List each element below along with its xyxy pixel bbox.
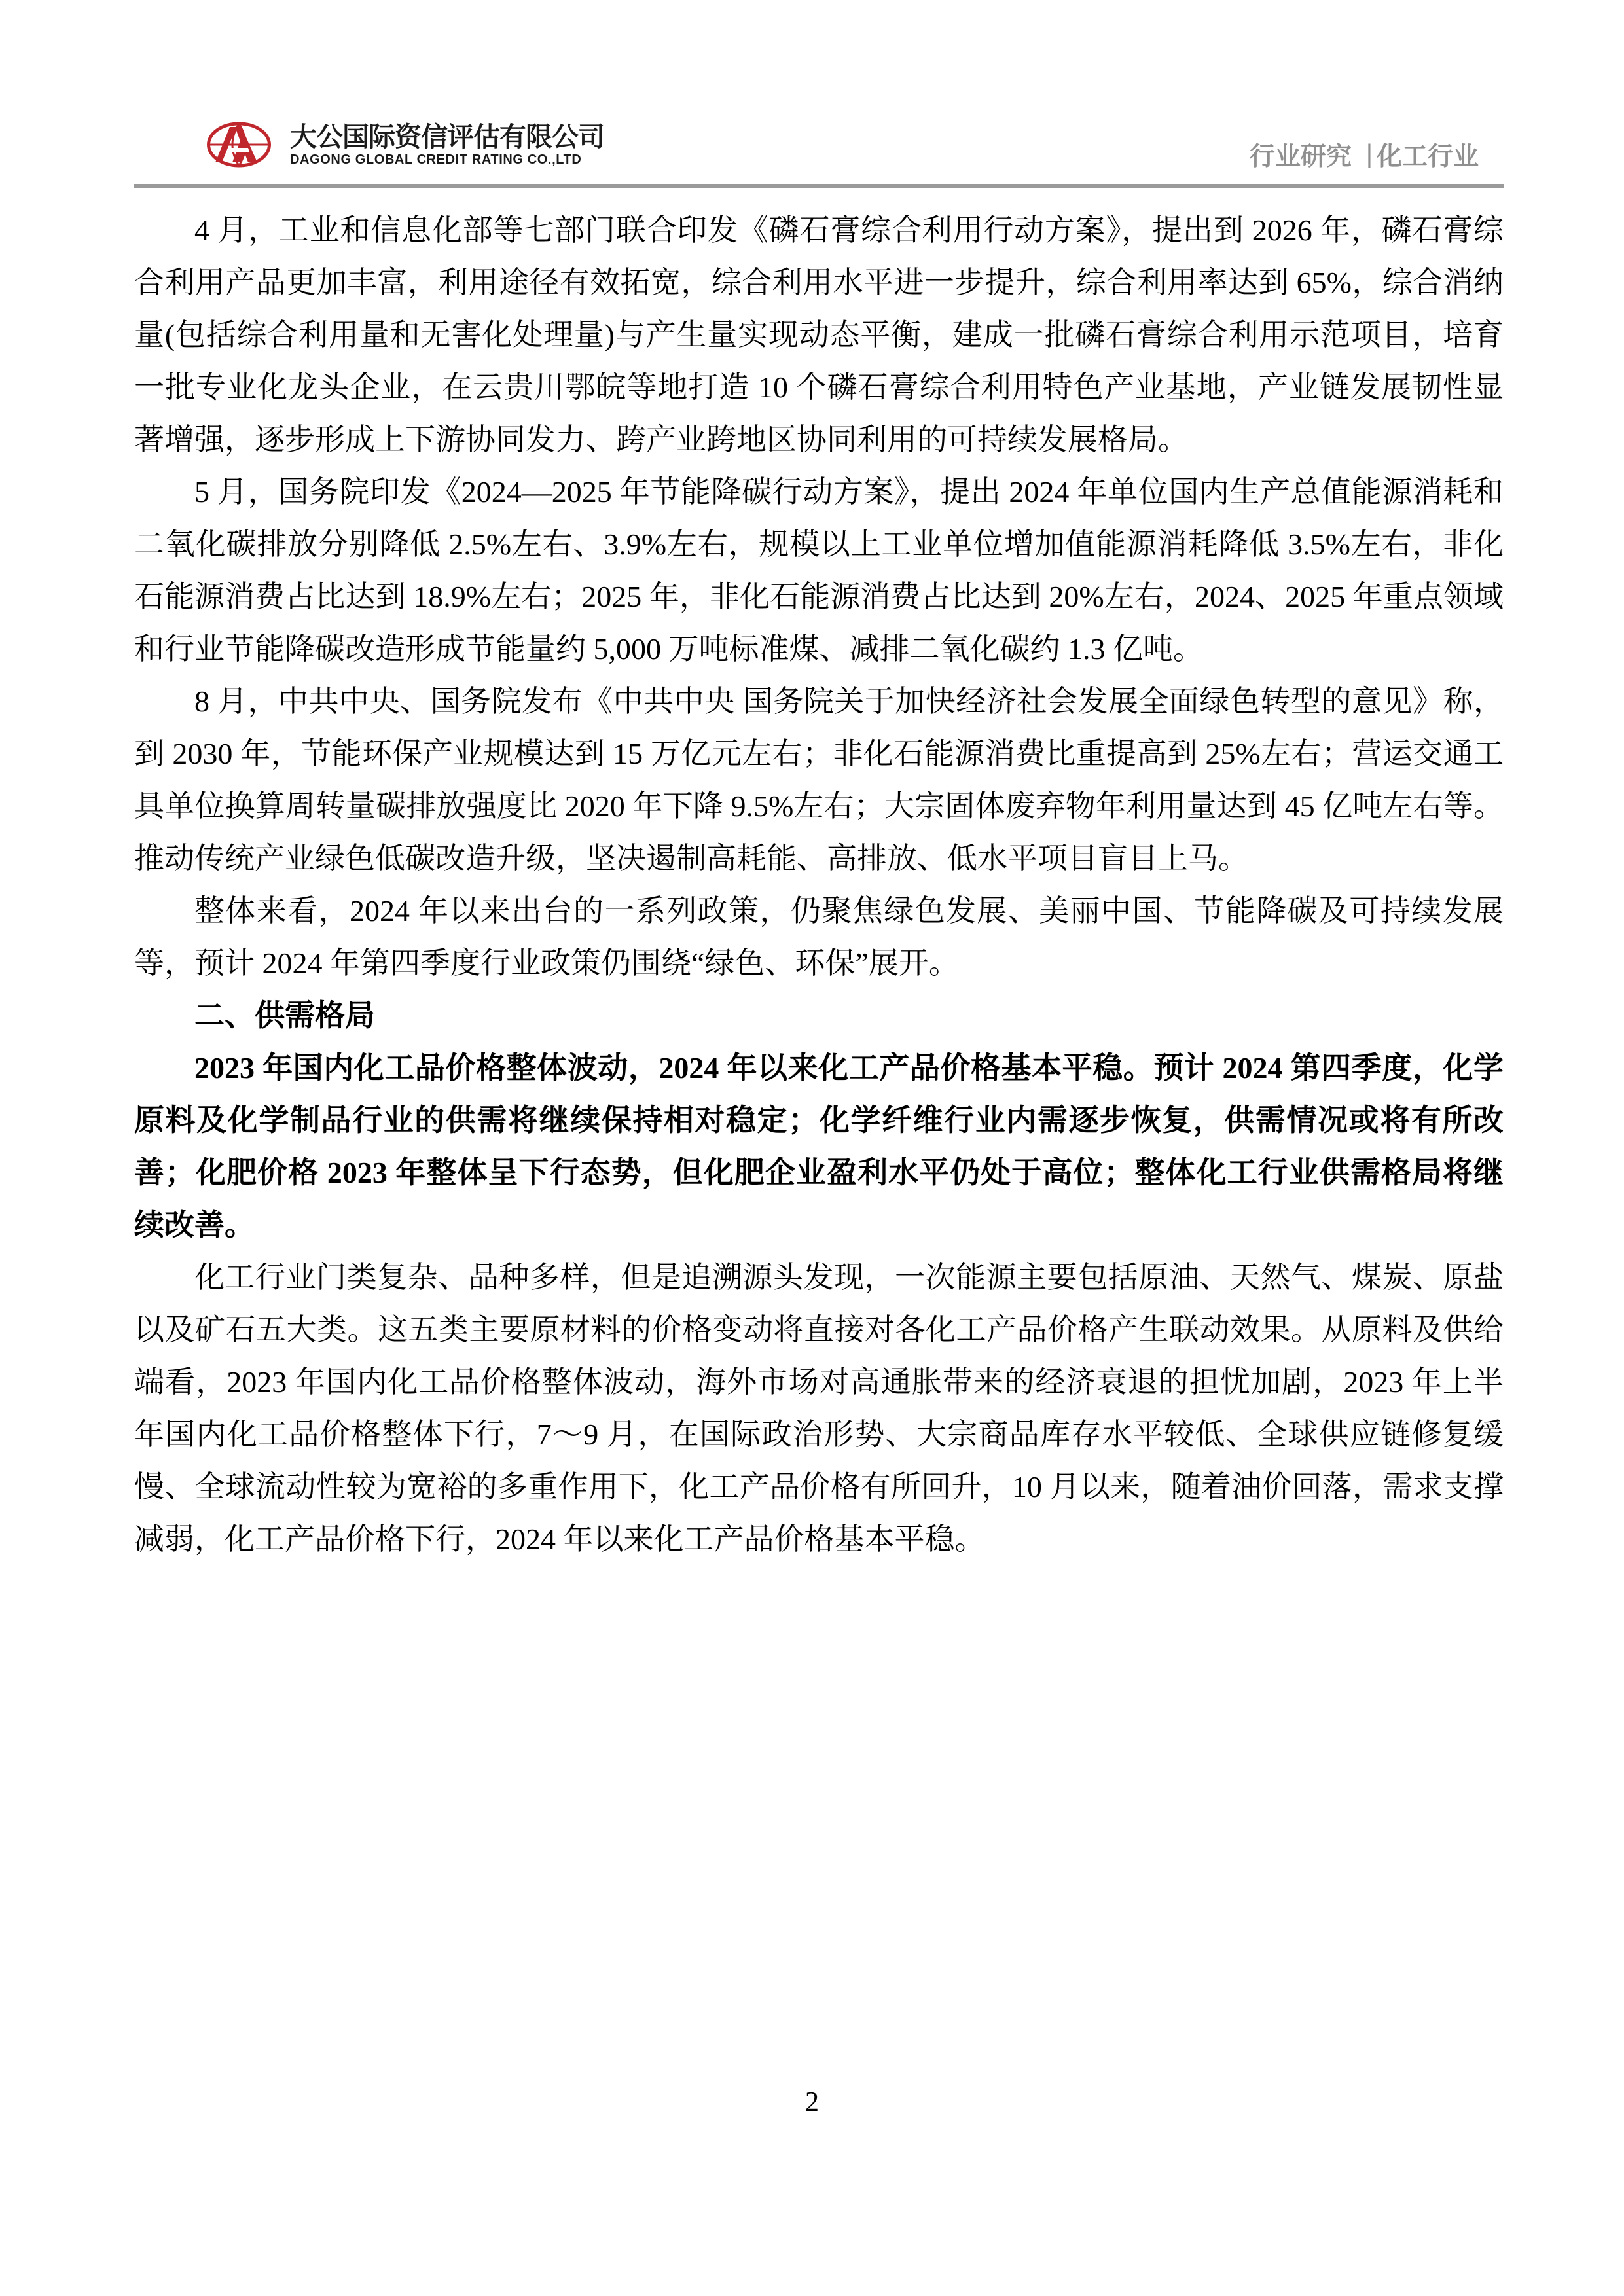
body-paragraph: 8 月，中共中央、国务院发布《中共中央 国务院关于加快经济社会发展全面绿色转型的… <box>134 675 1504 885</box>
header-divider-line <box>134 184 1504 188</box>
company-name-cn: 大公国际资信评估有限公司 <box>290 122 604 152</box>
body-paragraph: 5 月，国务院印发《2024—2025 年节能降碳行动方案》，提出 2024 年… <box>134 466 1504 675</box>
body-paragraph: 整体来看，2024 年以来出台的一系列政策，仍聚焦绿色发展、美丽中国、节能降碳及… <box>134 885 1504 990</box>
section-heading: 二、供需格局 <box>134 990 1504 1042</box>
body-paragraph: 2023 年国内化工品价格整体波动，2024 年以来化工产品价格基本平稳。预计 … <box>134 1042 1504 1251</box>
category-text: 行业研究 <box>1250 136 1352 173</box>
document-body: 4 月，工业和信息化部等七部门联合印发《磷石膏综合利用行动方案》，提出到 202… <box>134 204 1504 1566</box>
industry-text: 化工行业 <box>1377 136 1479 173</box>
company-logo: 大公国际资信评估有限公司 DAGONG GLOBAL CREDIT RATING… <box>206 122 604 168</box>
page-footer: 2 <box>0 2087 1624 2118</box>
company-name-en: DAGONG GLOBAL CREDIT RATING CO.,LTD <box>290 152 604 168</box>
report-category-label: 行业研究 | 化工行业 <box>1250 136 1479 173</box>
page-header: 大公国际资信评估有限公司 DAGONG GLOBAL CREDIT RATING… <box>0 0 1624 190</box>
page-number: 2 <box>805 2087 819 2117</box>
body-paragraph: 化工行业门类复杂、品种多样，但是追溯源头发现，一次能源主要包括原油、天然气、煤炭… <box>134 1251 1504 1566</box>
company-name-block: 大公国际资信评估有限公司 DAGONG GLOBAL CREDIT RATING… <box>290 122 604 168</box>
body-paragraph: 4 月，工业和信息化部等七部门联合印发《磷石膏综合利用行动方案》，提出到 202… <box>134 204 1504 466</box>
dagong-globe-icon <box>206 122 272 168</box>
document-page: 大公国际资信评估有限公司 DAGONG GLOBAL CREDIT RATING… <box>0 0 1624 2296</box>
category-separator: | <box>1366 140 1373 169</box>
